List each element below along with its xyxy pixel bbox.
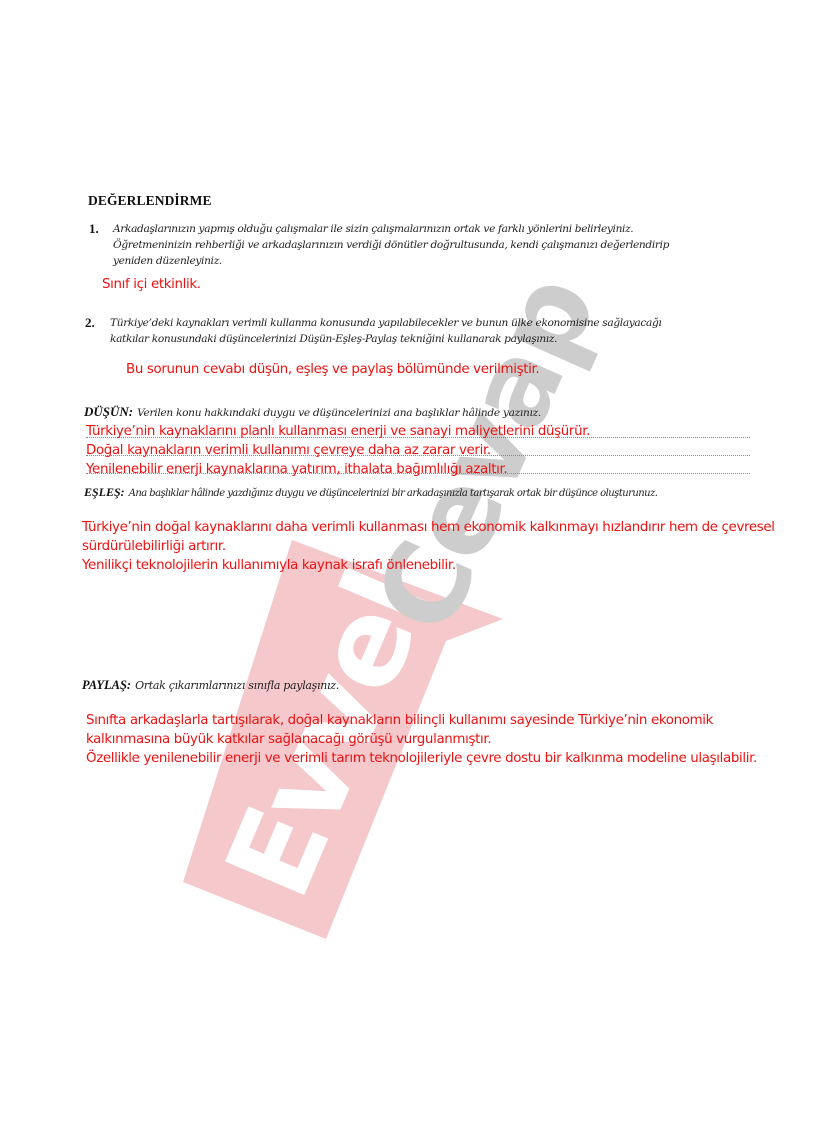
- esles-prompt: EŞLEŞ: Ana başlıklar hâlinde yazdığınız …: [84, 483, 657, 501]
- question-2-answer: Bu sorunun cevabı düşün, eşleş ve paylaş…: [126, 362, 539, 377]
- dusun-prompt: DÜŞÜN: Verilen konu hakkındaki duygu ve …: [84, 403, 541, 421]
- question-1-answer: Sınıf içi etkinlik.: [102, 277, 201, 292]
- question-1-line-1: Arkadaşlarınızın yapmış olduğu çalışmala…: [113, 221, 669, 237]
- question-1-line-3: yeniden düzenleyiniz.: [113, 253, 669, 269]
- paylas-answer-3: Özellikle yenilenebilir enerji ve veriml…: [86, 749, 757, 768]
- paylas-instruction: Ortak çıkarımlarınızı sınıfla paylaşınız…: [135, 679, 339, 692]
- paylas-answer-1: Sınıfta arkadaşlarla tartışılarak, doğal…: [86, 711, 757, 730]
- question-1-text: Arkadaşlarınızın yapmış olduğu çalışmala…: [113, 221, 669, 269]
- section-title: DEĞERLENDİRME: [88, 193, 212, 209]
- esles-instruction: Ana başlıklar hâlinde yazdığınız duygu v…: [129, 488, 658, 499]
- esles-answer-1: Türkiye’nin doğal kaynaklarını daha veri…: [82, 518, 775, 537]
- paylas-prompt: PAYLAŞ: Ortak çıkarımlarınızı sınıfla pa…: [82, 676, 339, 694]
- question-2-text: Türkiye’deki kaynakları verimli kullanma…: [110, 315, 661, 347]
- esles-answer-2: sürdürülebilirliği artırır.: [82, 537, 775, 556]
- paylas-label: PAYLAŞ:: [82, 678, 131, 692]
- question-1-number: 1.: [89, 221, 99, 237]
- esles-answer-3: Yenilikçi teknolojilerin kullanımıyla ka…: [82, 556, 775, 575]
- esles-label: EŞLEŞ:: [84, 485, 125, 499]
- question-2-line-1: Türkiye’deki kaynakları verimli kullanma…: [110, 315, 661, 331]
- esles-answers: Türkiye’nin doğal kaynaklarını daha veri…: [82, 518, 775, 575]
- dusun-answer-3: Yenilenebilir enerji kaynaklarına yatırı…: [86, 462, 507, 477]
- question-2-line-2: katkılar konusundaki düşüncelerinizi Düş…: [110, 331, 661, 347]
- dusun-instruction: Verilen konu hakkındaki duygu ve düşünce…: [137, 407, 541, 419]
- question-1-line-2: Öğretmeninizin rehberliği ve arkadaşları…: [113, 237, 669, 253]
- dusun-answer-1: Türkiye’nin kaynaklarını planlı kullanma…: [86, 424, 590, 439]
- dusun-answer-2: Doğal kaynakların verimli kullanımı çevr…: [86, 443, 491, 458]
- question-2-number: 2.: [85, 315, 95, 331]
- dusun-label: DÜŞÜN:: [84, 404, 133, 419]
- paylas-answers: Sınıfta arkadaşlarla tartışılarak, doğal…: [86, 711, 757, 768]
- paylas-answer-2: kalkınmasına büyük katkılar sağlanacağı …: [86, 730, 757, 749]
